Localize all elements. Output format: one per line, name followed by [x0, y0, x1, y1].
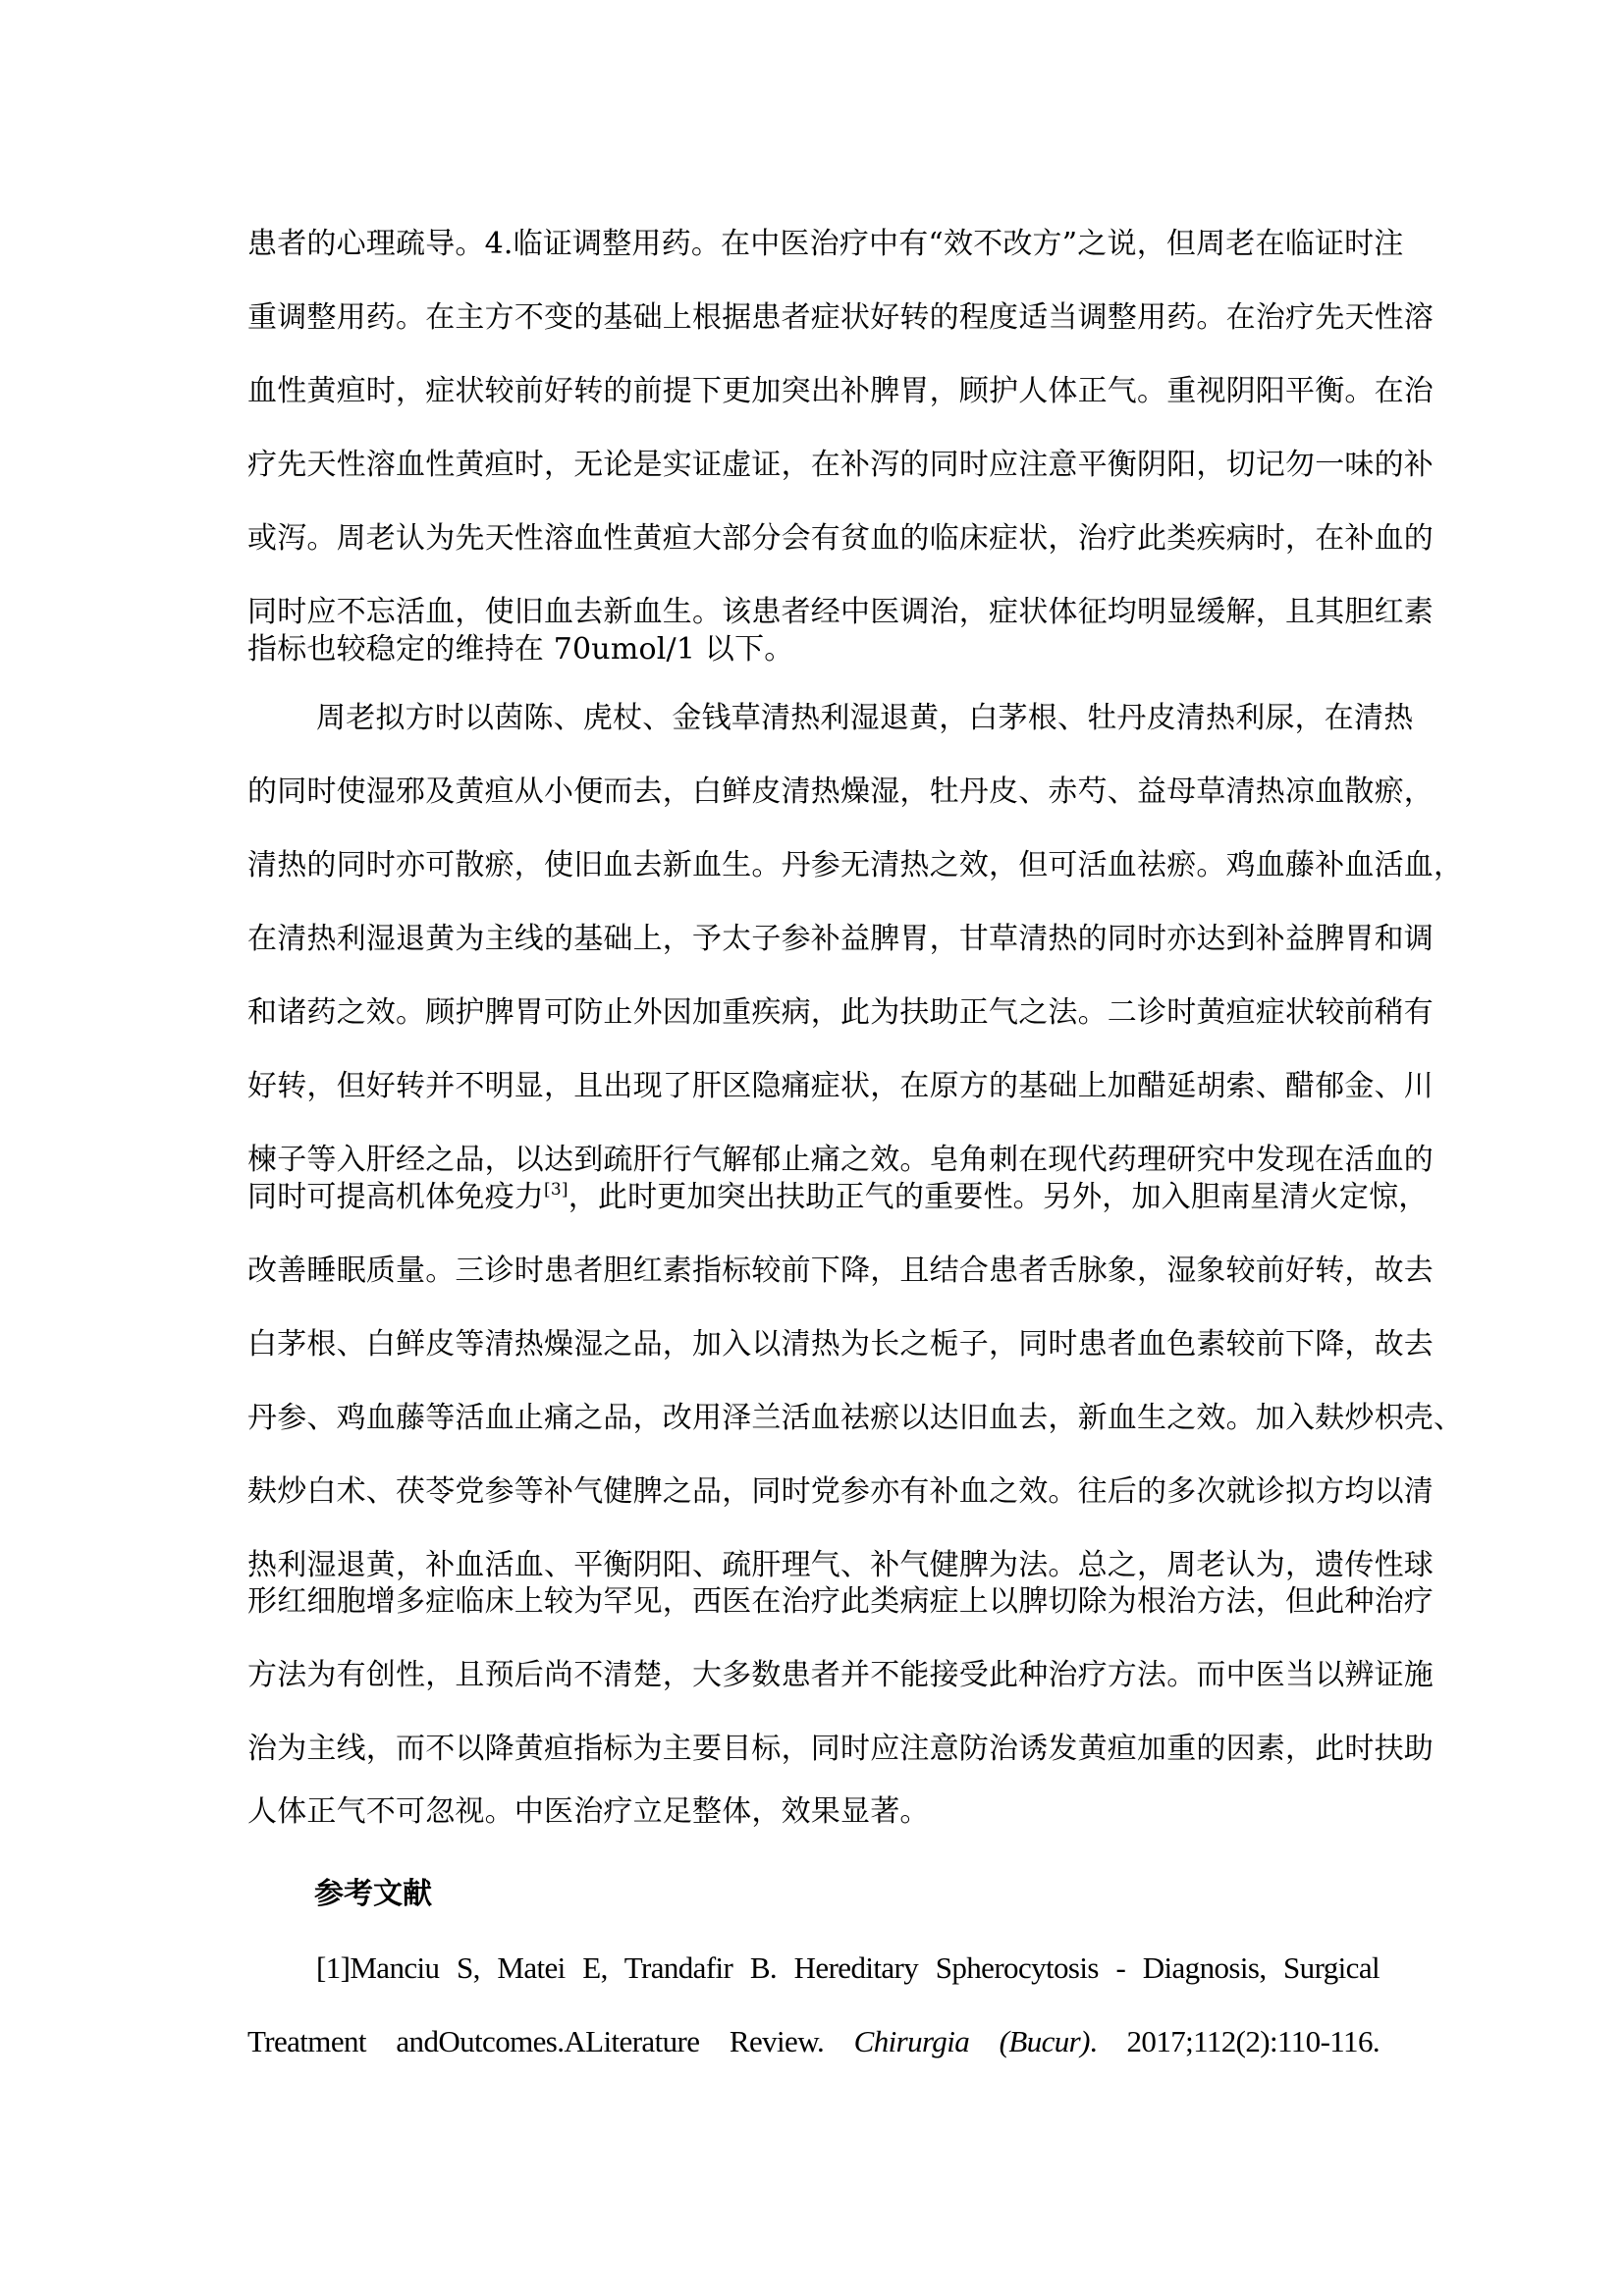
- body-line: 热利湿退黄，补血活血、平衡阴阳、疏肝理气、补气健脾为法。总之，周老认为，遗传性球: [247, 1546, 1380, 1585]
- body-line: 清热的同时亦可散瘀，使旧血去新血生。丹参无清热之效，但可活血祛瘀。鸡血藤补血活血…: [247, 846, 1380, 885]
- body-line: 和诸药之效。顾护脾胃可防止外因加重疾病，此为扶助正气之法。二诊时黄疸症状较前稍有: [247, 993, 1380, 1033]
- body-line: 楝子等入肝经之品，以达到疏肝行气解郁止痛之效。皂角刺在现代药理研究中发现在活血的: [247, 1141, 1380, 1180]
- body-line: 同时应不忘活血，使旧血去新血生。该患者经中医调治，症状体征均明显缓解，且其胆红素: [247, 593, 1380, 632]
- body-line: 患者的心理疏导。4.临证调整用药。在中医治疗中有“效不改方”之说，但周老在临证时…: [247, 225, 1380, 264]
- paper-page: 患者的心理疏导。4.临证调整用药。在中医治疗中有“效不改方”之说，但周老在临证时…: [0, 0, 1624, 2296]
- body-line: 或泻。周老认为先天性溶血性黄疸大部分会有贫血的临床症状，治疗此类疾病时，在补血的: [247, 519, 1380, 559]
- body-line: 疗先天性溶血性黄疸时，无论是实证虚证，在补泻的同时应注意平衡阴阳，切记勿一味的补: [247, 446, 1380, 485]
- body-line: 在清热利湿退黄为主线的基础上，予太子参补益脾胃，甘草清热的同时亦达到补益脾胃和调: [247, 920, 1380, 959]
- reference-year-volume-pages: . 2017;112(2):110-116.: [1090, 2024, 1380, 2058]
- body-line: 血性黄疸时，症状较前好转的前提下更加突出补脾胃，顾护人体正气。重视阴阳平衡。在治: [247, 372, 1380, 411]
- body-line: 指标也较稳定的维持在 70umol/1 以下。: [247, 630, 1380, 669]
- body-line: 麸炒白术、茯苓党参等补气健脾之品，同时党参亦有补血之效。往后的多次就诊拟方均以清: [247, 1472, 1380, 1512]
- reference-item-1-line-2: Treatment andOutcomes.ALiterature Review…: [247, 2022, 1380, 2061]
- body-line: 白茅根、白鲜皮等清热燥湿之品，加入以清热为长之栀子，同时患者血色素较前下降，故去: [247, 1325, 1380, 1364]
- body-line: 丹参、鸡血藤等活血止痛之品，改用泽兰活血祛瘀以达旧血去，新血生之效。加入麸炒枳壳…: [247, 1399, 1380, 1438]
- body-line: 治为主线，而不以降黄疸指标为主要目标，同时应注意防治诱发黄疸加重的因素，此时扶助: [247, 1730, 1380, 1769]
- body-line: 好转，但好转并不明显，且出现了肝区隐痛症状，在原方的基础上加醋延胡索、醋郁金、川: [247, 1067, 1380, 1106]
- reference-item-1-line-1: [1]Manciu S, Matei E, Trandafir B. Hered…: [316, 1949, 1380, 1988]
- body-line-with-citation: 同时可提高机体免疫力[3]，此时更加突出扶助正气的重要性。另外，加入胆南星清火定…: [247, 1178, 1380, 1217]
- paragraph-first-line: 周老拟方时以茵陈、虎杖、金钱草清热利湿退黄，白茅根、牡丹皮清热利尿，在清热: [316, 699, 1380, 738]
- body-line: 的同时使湿邪及黄疸从小便而去，白鲜皮清热燥湿，牡丹皮、赤芍、益母草清热凉血散瘀，: [247, 773, 1380, 812]
- body-line: 人体正气不可忽视。中医治疗立足整体，效果显著。: [247, 1792, 1380, 1832]
- reference-journal-abbr: (Bucur): [1000, 2024, 1090, 2058]
- body-line: 形红细胞增多症临床上较为罕见，西医在治疗此类病症上以脾切除为根治方法，但此种治疗: [247, 1582, 1380, 1622]
- reference-journal: Chirurgia: [854, 2024, 969, 2058]
- body-line: 改善睡眠质量。三诊时患者胆红素指标较前下降，且结合患者舌脉象，湿象较前好转，故去: [247, 1252, 1380, 1291]
- citation-superscript[interactable]: [3]: [544, 1180, 568, 1200]
- body-line: 方法为有创性，且预后尚不清楚，大多数患者并不能接受此种治疗方法。而中医当以辨证施: [247, 1656, 1380, 1695]
- references-heading: 参考文献: [314, 1875, 432, 1914]
- body-line: 重调整用药。在主方不变的基础上根据患者症状好转的程度适当调整用药。在治疗先天性溶: [247, 298, 1380, 338]
- body-text: 同时可提高机体免疫力: [247, 1180, 544, 1214]
- reference-title-tail: Treatment andOutcomes.ALiterature Review…: [247, 2024, 824, 2058]
- body-text: ，此时更加突出扶助正气的重要性。另外，加入胆南星清火定惊，: [568, 1180, 1429, 1214]
